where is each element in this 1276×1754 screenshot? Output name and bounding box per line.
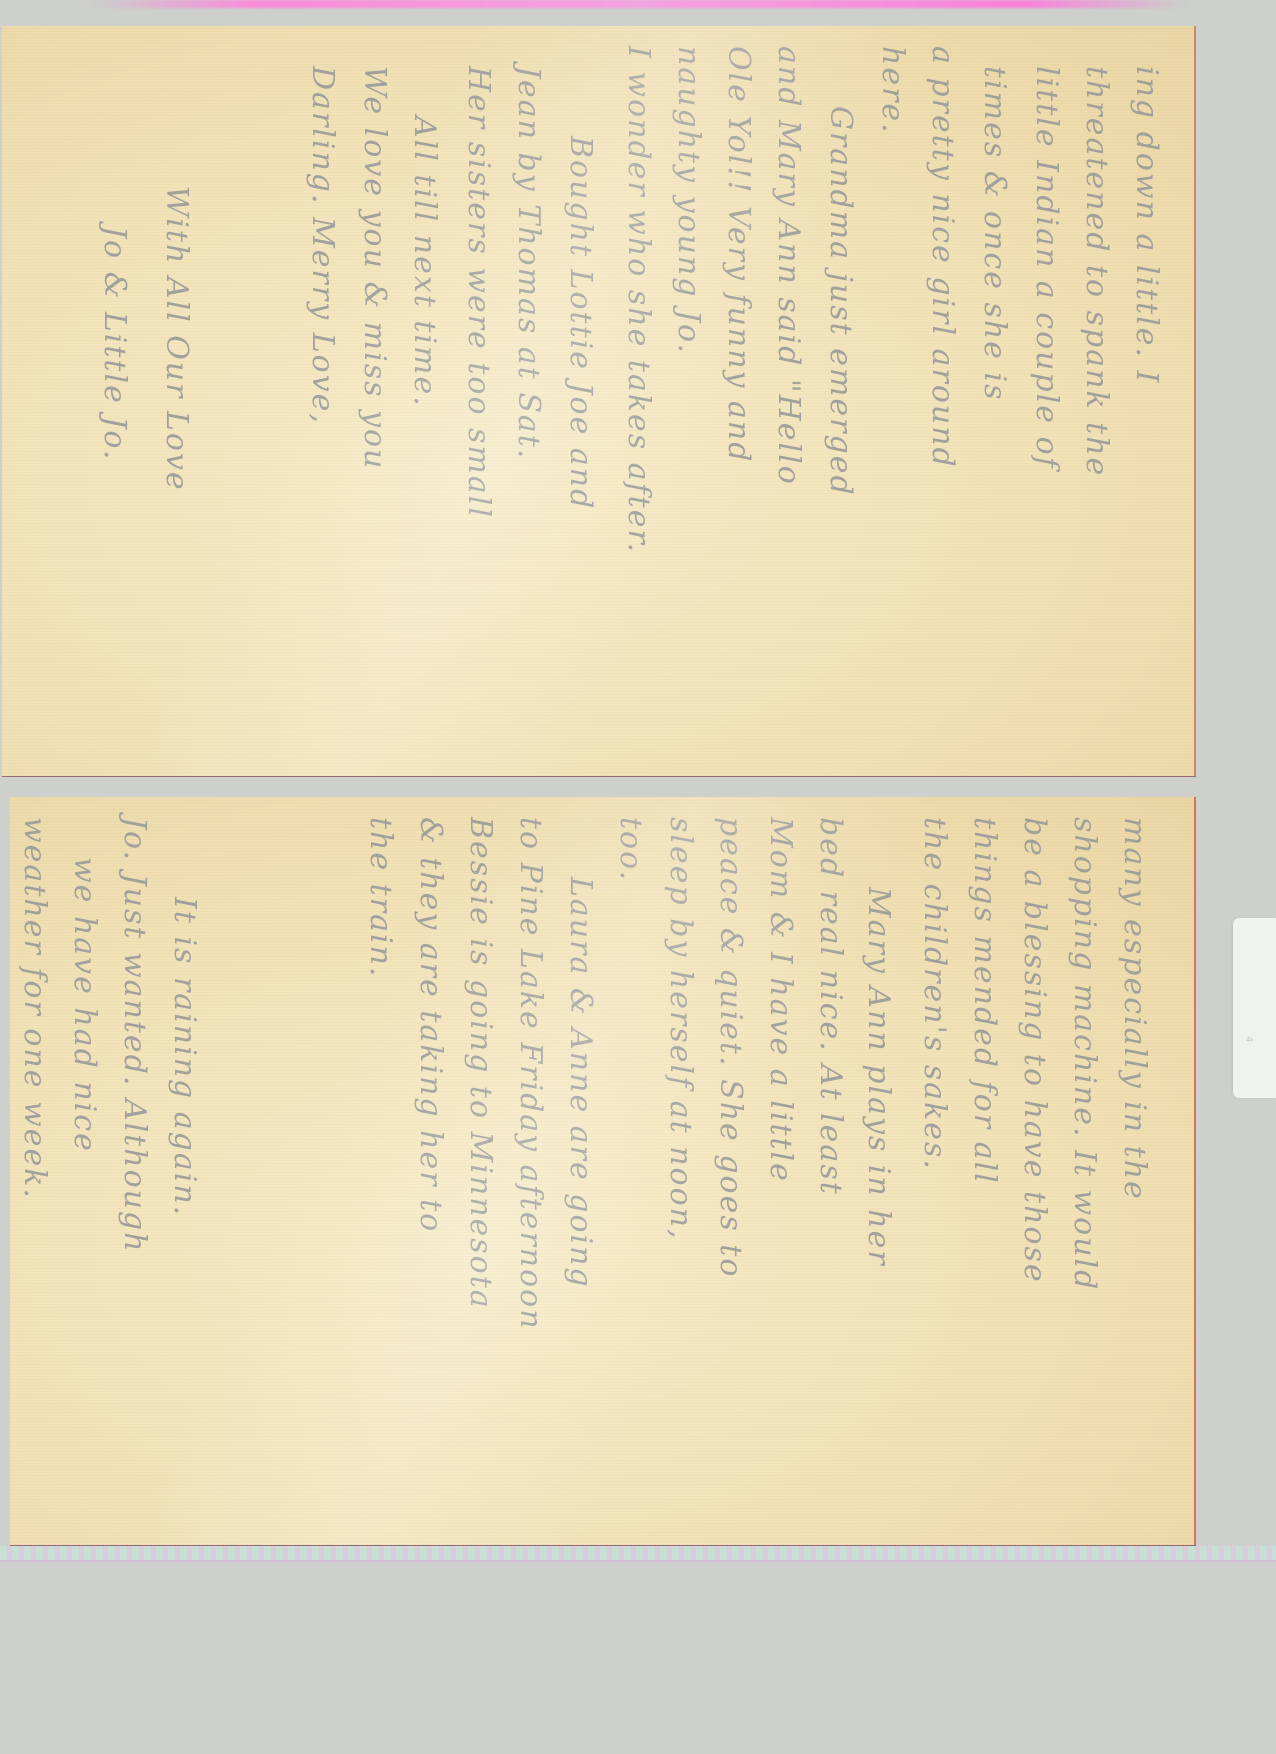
handwritten-line: here.: [872, 46, 912, 135]
handwritten-line: ing down a little. I: [1126, 66, 1166, 384]
handwritten-line: we have had nice: [64, 857, 104, 1153]
handwritten-line: Mom & I have a little: [760, 817, 800, 1183]
plastic-sleeve-edge: [0, 1546, 1276, 1562]
handwritten-line: I wonder who she takes after.: [618, 46, 658, 554]
handwritten-line: Mary Ann plays in her: [858, 887, 898, 1267]
handwritten-line: little Indian a couple of: [1026, 66, 1066, 470]
handwritten-line: many especially in the: [1114, 817, 1154, 1201]
handwritten-line: Bought Lottie Joe and: [560, 136, 600, 510]
handwritten-line: to Pine Lake Friday afternoon: [510, 817, 550, 1331]
handwritten-line: Jo. Just wanted. Although: [114, 817, 154, 1253]
label-tab-text: 4: [1243, 1036, 1254, 1042]
handwritten-line: Laura & Anne are going: [560, 877, 600, 1289]
handwritten-line: & they are taking her to: [410, 817, 450, 1233]
handwritten-line: Darling. Merry Love,: [302, 66, 342, 425]
signature-name: Jo & Little Jo.: [94, 226, 134, 461]
handwritten-line: sleep by herself at noon,: [660, 817, 700, 1241]
handwritten-line: We love you & miss you: [354, 66, 394, 470]
handwritten-line: the children's sakes.: [914, 817, 954, 1171]
handwritten-line: Ole Yol!! Very funny and: [718, 46, 758, 463]
handwritten-line: Bessie is going to Minnesota: [460, 817, 500, 1310]
handwritten-line: shopping machine. It would: [1064, 817, 1104, 1291]
handwritten-line: too.: [610, 817, 650, 882]
handwritten-line: bed real nice. At least: [810, 817, 850, 1196]
signature-closing: With All Our Love: [156, 186, 196, 492]
letter-sheet-top: ing down a little. I threatened to spank…: [2, 26, 1196, 776]
handwritten-line: Grandma just emerged: [820, 106, 860, 497]
handwritten-line: naughty young Jo.: [668, 46, 708, 355]
handwritten-line: It is raining again.: [164, 897, 204, 1217]
handwritten-line: All till next time.: [404, 116, 444, 408]
handwritten-line: peace & quiet. She goes to: [710, 817, 750, 1278]
letter-sheet-bottom: many especially in the shopping machine.…: [10, 797, 1196, 1545]
sleeve-label-tab: 4: [1233, 918, 1276, 1098]
scanner-glare: [90, 0, 1190, 8]
handwritten-line: Jean by Thomas at Sat.: [508, 66, 548, 460]
handwritten-line: things mended for all: [964, 817, 1004, 1185]
handwritten-line: a pretty nice girl around: [922, 46, 962, 469]
handwritten-line: the train.: [360, 817, 400, 978]
handwritten-line: threatened to spank the: [1076, 66, 1116, 477]
handwritten-line: be a blessing to have those: [1014, 817, 1054, 1284]
handwritten-line: times & once she is: [974, 66, 1014, 402]
handwritten-line: weather for one week.: [14, 817, 54, 1200]
handwritten-line: Her sisters were too small: [458, 66, 498, 519]
handwritten-line: and Mary Ann said "Hello: [768, 46, 808, 486]
